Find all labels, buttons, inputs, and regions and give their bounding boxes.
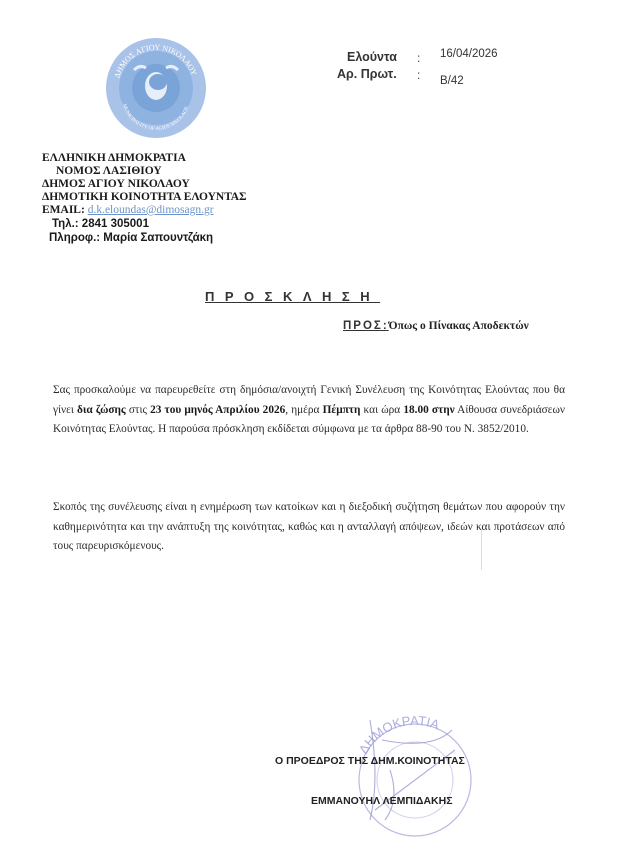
meeting-time: 18.00 στην bbox=[403, 404, 454, 416]
document-date: 16/04/2026 bbox=[440, 48, 498, 60]
email-link[interactable]: d.k.eloundas@dimosagn.gr bbox=[88, 204, 214, 216]
meeting-date: 23 του μηνός Απριλίου 2026 bbox=[150, 404, 285, 416]
svg-text:ΔΗΜΟΚΡΑΤΙΑ: ΔΗΜΟΚΡΑΤΙΑ bbox=[356, 713, 442, 757]
email-row: EMAIL: d.k.eloundas@dimosagn.gr bbox=[42, 204, 214, 218]
protocol-number: Β/42 bbox=[440, 75, 464, 87]
signatory-name: ΕΜΜΑΝΟΥΗΛ ΛΕΜΠΙΔΑΚΗΣ bbox=[311, 795, 453, 807]
header-community: ΔΗΜΟΤΙΚΗ ΚΟΙΝΟΤΗΤΑ ΕΛΟΥΝΤΑΣ bbox=[42, 191, 247, 205]
document-title: ΠΡΟΣΚΛΗΣΗ bbox=[205, 289, 380, 304]
paragraph-text: στις bbox=[126, 404, 150, 416]
paragraph-text: και ώρα bbox=[360, 404, 403, 416]
invitation-paragraph: Σας προσκαλούμε να παρευρεθείτε στη δημό… bbox=[53, 381, 565, 440]
protocol-label: Αρ. Πρωτ. bbox=[337, 67, 397, 81]
municipality-seal-icon: ΔΗΜΟΣ ΑΓΙΟΥ ΝΙΚΟΛΑΟΥ MUNICIPALITY OF AGI… bbox=[104, 36, 208, 140]
email-label: EMAIL: bbox=[42, 204, 85, 216]
phone: Τηλ.: 2841 305001 bbox=[52, 218, 149, 230]
header-municipality: ΔΗΜΟΣ ΑΓΙΟΥ ΝΙΚΟΛΑΟΥ bbox=[42, 178, 190, 192]
info-contact: Πληροφ.: Μαρία Σαπουντζάκη bbox=[49, 232, 213, 244]
recipient-label: ΠΡΟΣ: bbox=[343, 320, 389, 332]
meeting-mode: δια ζώσης bbox=[77, 404, 126, 416]
meta-separator: : bbox=[417, 51, 420, 65]
meta-separator: : bbox=[417, 68, 420, 82]
place-label: Ελούντα bbox=[347, 50, 397, 64]
signatory-title: Ο ΠΡΟΕΔΡΟΣ ΤΗΣ ΔΗΜ.ΚΟΙΝΟΤΗΤΑΣ bbox=[275, 755, 465, 767]
header-republic: ΕΛΛΗΝΙΚΗ ΔΗΜΟΚΡΑΤΙΑ bbox=[42, 152, 186, 166]
recipient-value: Όπως ο Πίνακας Αποδεκτών bbox=[389, 320, 529, 332]
purpose-paragraph: Σκοπός της συνέλευσης είναι η ενημέρωση … bbox=[53, 498, 565, 557]
paragraph-text: , ημέρα bbox=[285, 404, 322, 416]
header-prefecture: ΝΟΜΟΣ ΛΑΣΙΘΙΟΥ bbox=[56, 165, 162, 179]
scan-artifact-line bbox=[481, 530, 482, 570]
recipient-line: ΠΡΟΣ:Όπως ο Πίνακας Αποδεκτών bbox=[343, 320, 529, 332]
official-stamp-icon: ΔΗΜΟΚΡΑΤΙΑ bbox=[330, 700, 500, 840]
meeting-day: Πέμπτη bbox=[323, 404, 361, 416]
